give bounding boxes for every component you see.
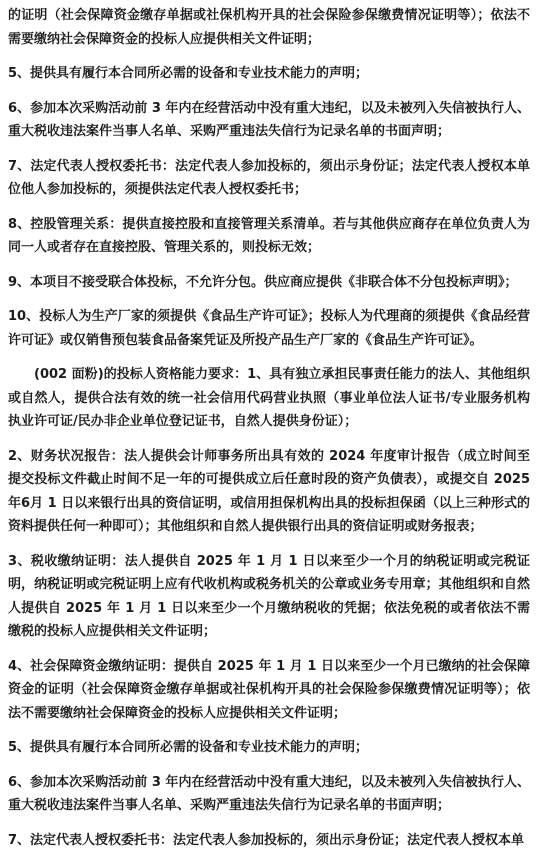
flour-clause-6-integrity-declaration: 6、参加本次采购活动前 3 年内在经营活动中没有重大违纪，以及未被列入失信被执行… — [8, 771, 530, 818]
flour-clause-2-financial-status-report: 2、财务状况报告：法人提供会计师事务所出具有效的 2024 年度审计报告（成立时… — [8, 445, 530, 539]
flour-clause-7-authorization-truncated: 7、法定代表人授权委托书：法定代表人参加投标的，须出示身份证；法定代表人授权本单 — [8, 829, 530, 853]
clause-8-holding-management-relationship: 8、控股管理关系：提供直接控股和直接管理关系清单。若与其他供应商存在单位负责人为… — [8, 213, 530, 260]
clause-9-no-consortium-no-subcontract: 9、本项目不接受联合体投标，不允许分包。供应商应提供《非联合体不分包投标声明》； — [8, 271, 530, 295]
flour-clause-4-social-security-payment-proof: 4、社会保障资金缴纳证明：提供自 2025 年 1 月 1 日以来至少一个月已缴… — [8, 655, 530, 726]
document-page: 的证明（社会保障资金缴存单据或社保机构开具的社会保险参保缴费情况证明等）；依法不… — [0, 0, 538, 866]
flour-clause-5-equipment-declaration: 5、提供具有履行本合同所必需的设备和专业技术能力的声明； — [8, 736, 530, 760]
section-002-flour-qualification-requirements: (002 面粉)的投标人资格能力要求：1、具有独立承担民事责任能力的法人、其他组… — [8, 363, 530, 434]
flour-clause-3-tax-payment-proof: 3、税收缴纳证明：法人提供自 2025 年 1 月 1 日以来至少一个月的纳税证… — [8, 550, 530, 644]
clause-7-legal-representative-authorization: 7、法定代表人授权委托书：法定代表人参加投标的，须出示身份证；法定代表人授权本单… — [8, 155, 530, 202]
clause-10-food-production-license: 10、投标人为生产厂家的须提供《食品生产许可证》；投标人为代理商的须提供《食品经… — [8, 305, 530, 352]
clause-4-social-security-continued: 的证明（社会保障资金缴存单据或社保机构开具的社会保险参保缴费情况证明等）；依法不… — [8, 4, 530, 51]
clause-6-integrity-declaration: 6、参加本次采购活动前 3 年内在经营活动中没有重大违纪，以及未被列入失信被执行… — [8, 97, 530, 144]
clause-5-equipment-declaration: 5、提供具有履行本合同所必需的设备和专业技术能力的声明； — [8, 62, 530, 86]
